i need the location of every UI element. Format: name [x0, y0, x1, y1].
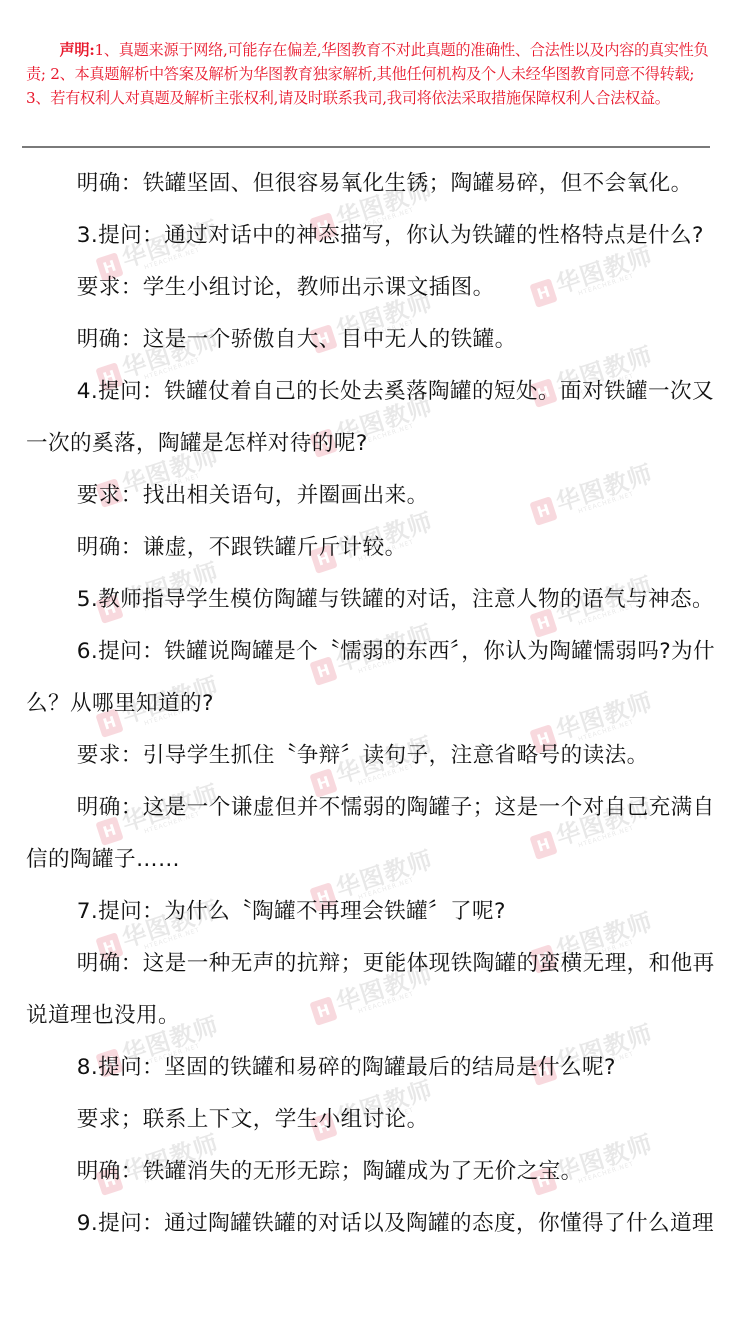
paragraph: 明确：这是一个骄傲自大、目中无人的铁罐。: [26, 314, 716, 366]
disclaimer-text: 1、真题来源于网络,可能存在偏差,华图教育不对此真题的准确性、合法性以及内容的真…: [26, 41, 708, 107]
header-divider: [22, 146, 710, 148]
paragraph: 9.提问：通过陶罐铁罐的对话以及陶罐的态度，你懂得了什么道理: [26, 1198, 716, 1250]
paragraph: 要求；联系上下文，学生小组讨论。: [26, 1094, 716, 1146]
paragraph: 明确：铁罐消失的无形无踪；陶罐成为了无价之宝。: [26, 1146, 716, 1198]
paragraph: 要求：学生小组讨论，教师出示课文插图。: [26, 262, 716, 314]
paragraph: 5.教师指导学生模仿陶罐与铁罐的对话，注意人物的语气与神态。: [26, 574, 716, 626]
paragraph: 明确：谦虚，不跟铁罐斤斤计较。: [26, 522, 716, 574]
paragraph: 要求：找出相关语句，并圈画出来。: [26, 470, 716, 522]
paragraph: 6.提问：铁罐说陶罐是个〝懦弱的东西〞，你认为陶罐懦弱吗?为什么？从哪里知道的?: [26, 626, 716, 730]
disclaimer-lead: 声明:: [59, 41, 94, 59]
paragraph: 3.提问：通过对话中的神态描写，你认为铁罐的性格特点是什么?: [26, 210, 716, 262]
paragraph: 8.提问：坚固的铁罐和易碎的陶罐最后的结局是什么呢?: [26, 1042, 716, 1094]
paragraph: 明确：这是一种无声的抗辩；更能体现铁陶罐的蛮横无理，和他再说道理也没用。: [26, 938, 716, 1042]
disclaimer-notice: 声明:1、真题来源于网络,可能存在偏差,华图教育不对此真题的准确性、合法性以及内…: [26, 38, 716, 110]
paragraph: 7.提问：为什么〝陶罐不再理会铁罐〞了呢?: [26, 886, 716, 938]
paragraph: 要求：引导学生抓住〝争辩〞读句子，注意省略号的读法。: [26, 730, 716, 782]
paragraph: 明确：铁罐坚固、但很容易氧化生锈；陶罐易碎，但不会氧化。: [26, 158, 716, 210]
paragraph: 明确：这是一个谦虚但并不懦弱的陶罐子；这是一个对自己充满自信的陶罐子……: [26, 782, 716, 886]
document-body: 明确：铁罐坚固、但很容易氧化生锈；陶罐易碎，但不会氧化。 3.提问：通过对话中的…: [26, 158, 716, 1250]
paragraph: 4.提问：铁罐仗着自己的长处去奚落陶罐的短处。面对铁罐一次又一次的奚落，陶罐是怎…: [26, 366, 716, 470]
